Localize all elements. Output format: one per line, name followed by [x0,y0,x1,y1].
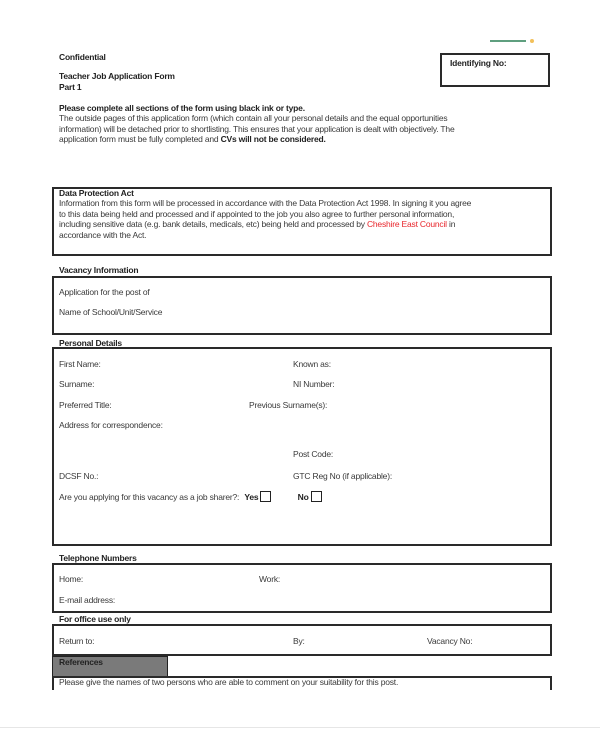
confidential-label: Confidential [59,52,106,62]
post-code-label: Post Code: [293,449,333,459]
references-heading: References [59,657,103,667]
vacancy-box: Application for the post of Name of Scho… [52,276,552,335]
yes-label: Yes [244,492,258,502]
job-share-question: Are you applying for this vacancy as a j… [59,491,322,502]
address-label: Address for correspondence: [59,420,163,430]
instruction-text: The outside pages of this application fo… [59,113,559,145]
known-as-label: Known as: [293,359,331,369]
telephone-heading: Telephone Numbers [59,553,137,563]
logo-mark [490,40,526,42]
work-phone-label: Work: [259,574,280,584]
email-label: E-mail address: [59,595,115,605]
instruction-line: information) will be detached prior to s… [59,124,559,135]
references-box: Please give the names of two persons who… [52,676,552,690]
post-label: Application for the post of [59,287,150,297]
form-part: Part 1 [59,82,81,92]
page-bottom-rule [0,727,600,728]
ni-number-label: NI Number: [293,379,334,389]
instruction-line: The outside pages of this application fo… [59,113,559,124]
identifying-no-label: Identifying No: [450,58,507,68]
logo-dot [530,39,534,43]
instruction-heading: Please complete all sections of the form… [59,103,305,113]
gtc-label: GTC Reg No (if applicable): [293,471,392,481]
return-to-label: Return to: [59,636,94,646]
data-protection-box: Data Protection Act Information from thi… [52,187,552,256]
first-name-label: First Name: [59,359,101,369]
dcsf-label: DCSF No.: [59,471,98,481]
council-name: Cheshire East Council [367,219,447,229]
references-tab: References [52,656,168,677]
office-heading: For office use only [59,614,131,624]
surname-label: Surname: [59,379,94,389]
preferred-title-label: Preferred Title: [59,400,112,410]
no-label: No [298,492,309,502]
no-checkbox[interactable] [311,491,322,502]
vacancy-heading: Vacancy Information [59,265,138,275]
telephone-box: Home: Work: E-mail address: [52,563,552,613]
school-label: Name of School/Unit/Service [59,307,162,317]
identifying-no-box[interactable]: Identifying No: [440,53,550,87]
data-protection-text: Information from this form will be proce… [59,198,547,240]
instruction-line: application form must be fully completed… [59,134,559,145]
home-phone-label: Home: [59,574,83,584]
form-title: Teacher Job Application Form [59,71,175,81]
personal-details-box: First Name: Known as: Surname: NI Number… [52,347,552,546]
by-label: By: [293,636,305,646]
data-protection-heading: Data Protection Act [59,188,134,198]
previous-surnames-label: Previous Surname(s): [249,400,327,410]
office-use-box: Return to: By: Vacancy No: [52,624,552,656]
references-instruction: Please give the names of two persons who… [59,677,398,687]
yes-checkbox[interactable] [260,491,271,502]
vacancy-no-label: Vacancy No: [427,636,472,646]
